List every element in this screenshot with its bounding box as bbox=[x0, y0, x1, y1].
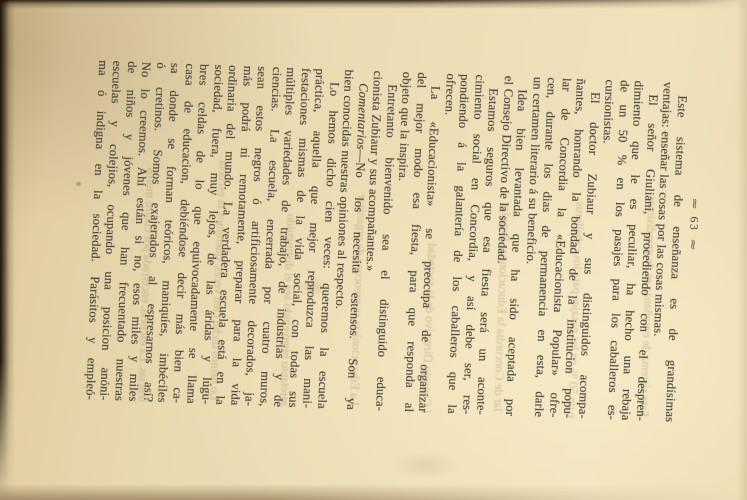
scanned-book-page: Este sistema de enseñanza es de grandísi… bbox=[0, 0, 747, 500]
page-edge-shadow-left bbox=[0, 0, 15, 500]
fleuron-right-icon: ≈ bbox=[684, 237, 701, 250]
fleuron-left-icon: ≈ bbox=[685, 197, 702, 210]
page-edge-shadow-top bbox=[0, 0, 747, 9]
page-edge-shadow-bottom bbox=[0, 484, 747, 500]
paper-stain bbox=[390, 452, 460, 478]
line-lead-italic: Comentarios bbox=[354, 83, 371, 150]
page-edge-shadow-right bbox=[737, 0, 747, 500]
page-paper: Este sistema de enseñanza es de grandísi… bbox=[0, 0, 747, 500]
paper-stain bbox=[76, 182, 81, 186]
page-number: 63 bbox=[687, 216, 702, 232]
text-block: Este sistema de enseñanza es de grandísi… bbox=[83, 60, 690, 423]
rotated-page-content: Este sistema de enseñanza es de grandísi… bbox=[82, 60, 710, 423]
